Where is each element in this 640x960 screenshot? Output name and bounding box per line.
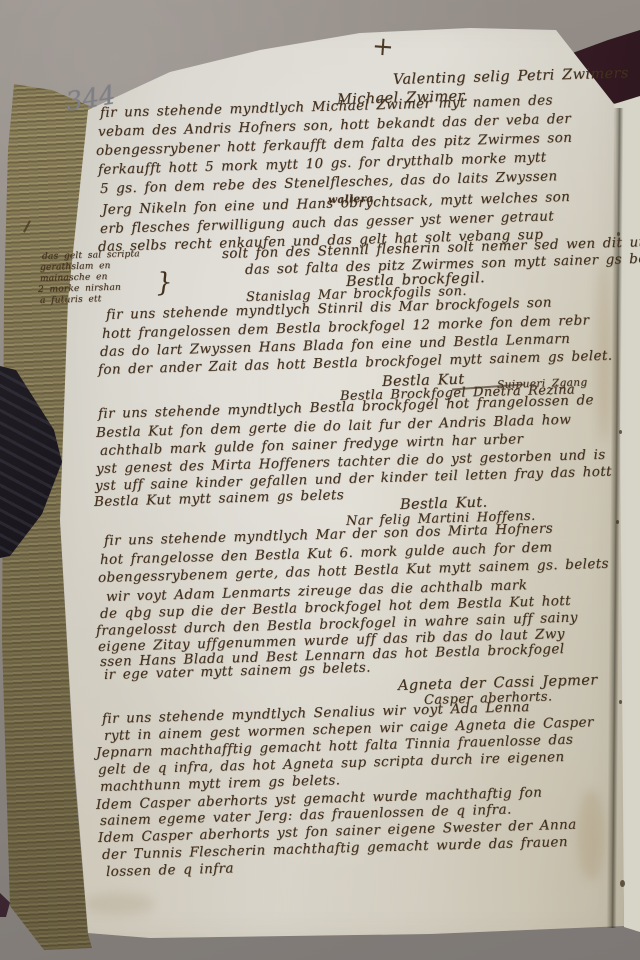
entry-heading: Valenting selig Petri Zwimers xyxy=(393,65,629,88)
gutter-crease xyxy=(606,108,623,928)
manuscript-line: lossen de q infra xyxy=(106,861,234,880)
margin-note-line: a futuris ett xyxy=(40,294,102,307)
crease-speck xyxy=(620,880,625,887)
crease-speck xyxy=(619,700,622,704)
stain xyxy=(84,893,154,915)
crease-speck xyxy=(619,430,622,434)
stain xyxy=(578,790,604,880)
margin-note-line: 2 morke nirshan xyxy=(38,283,121,296)
margin-mark xyxy=(23,220,31,232)
stain xyxy=(0,893,10,917)
manuscript-photo: 344 + Valenting selig Petri Zwimers Mich… xyxy=(0,0,640,960)
margin-note-brace: } xyxy=(155,267,174,298)
crease-speck xyxy=(616,520,619,524)
registration-cross: + xyxy=(371,31,395,62)
